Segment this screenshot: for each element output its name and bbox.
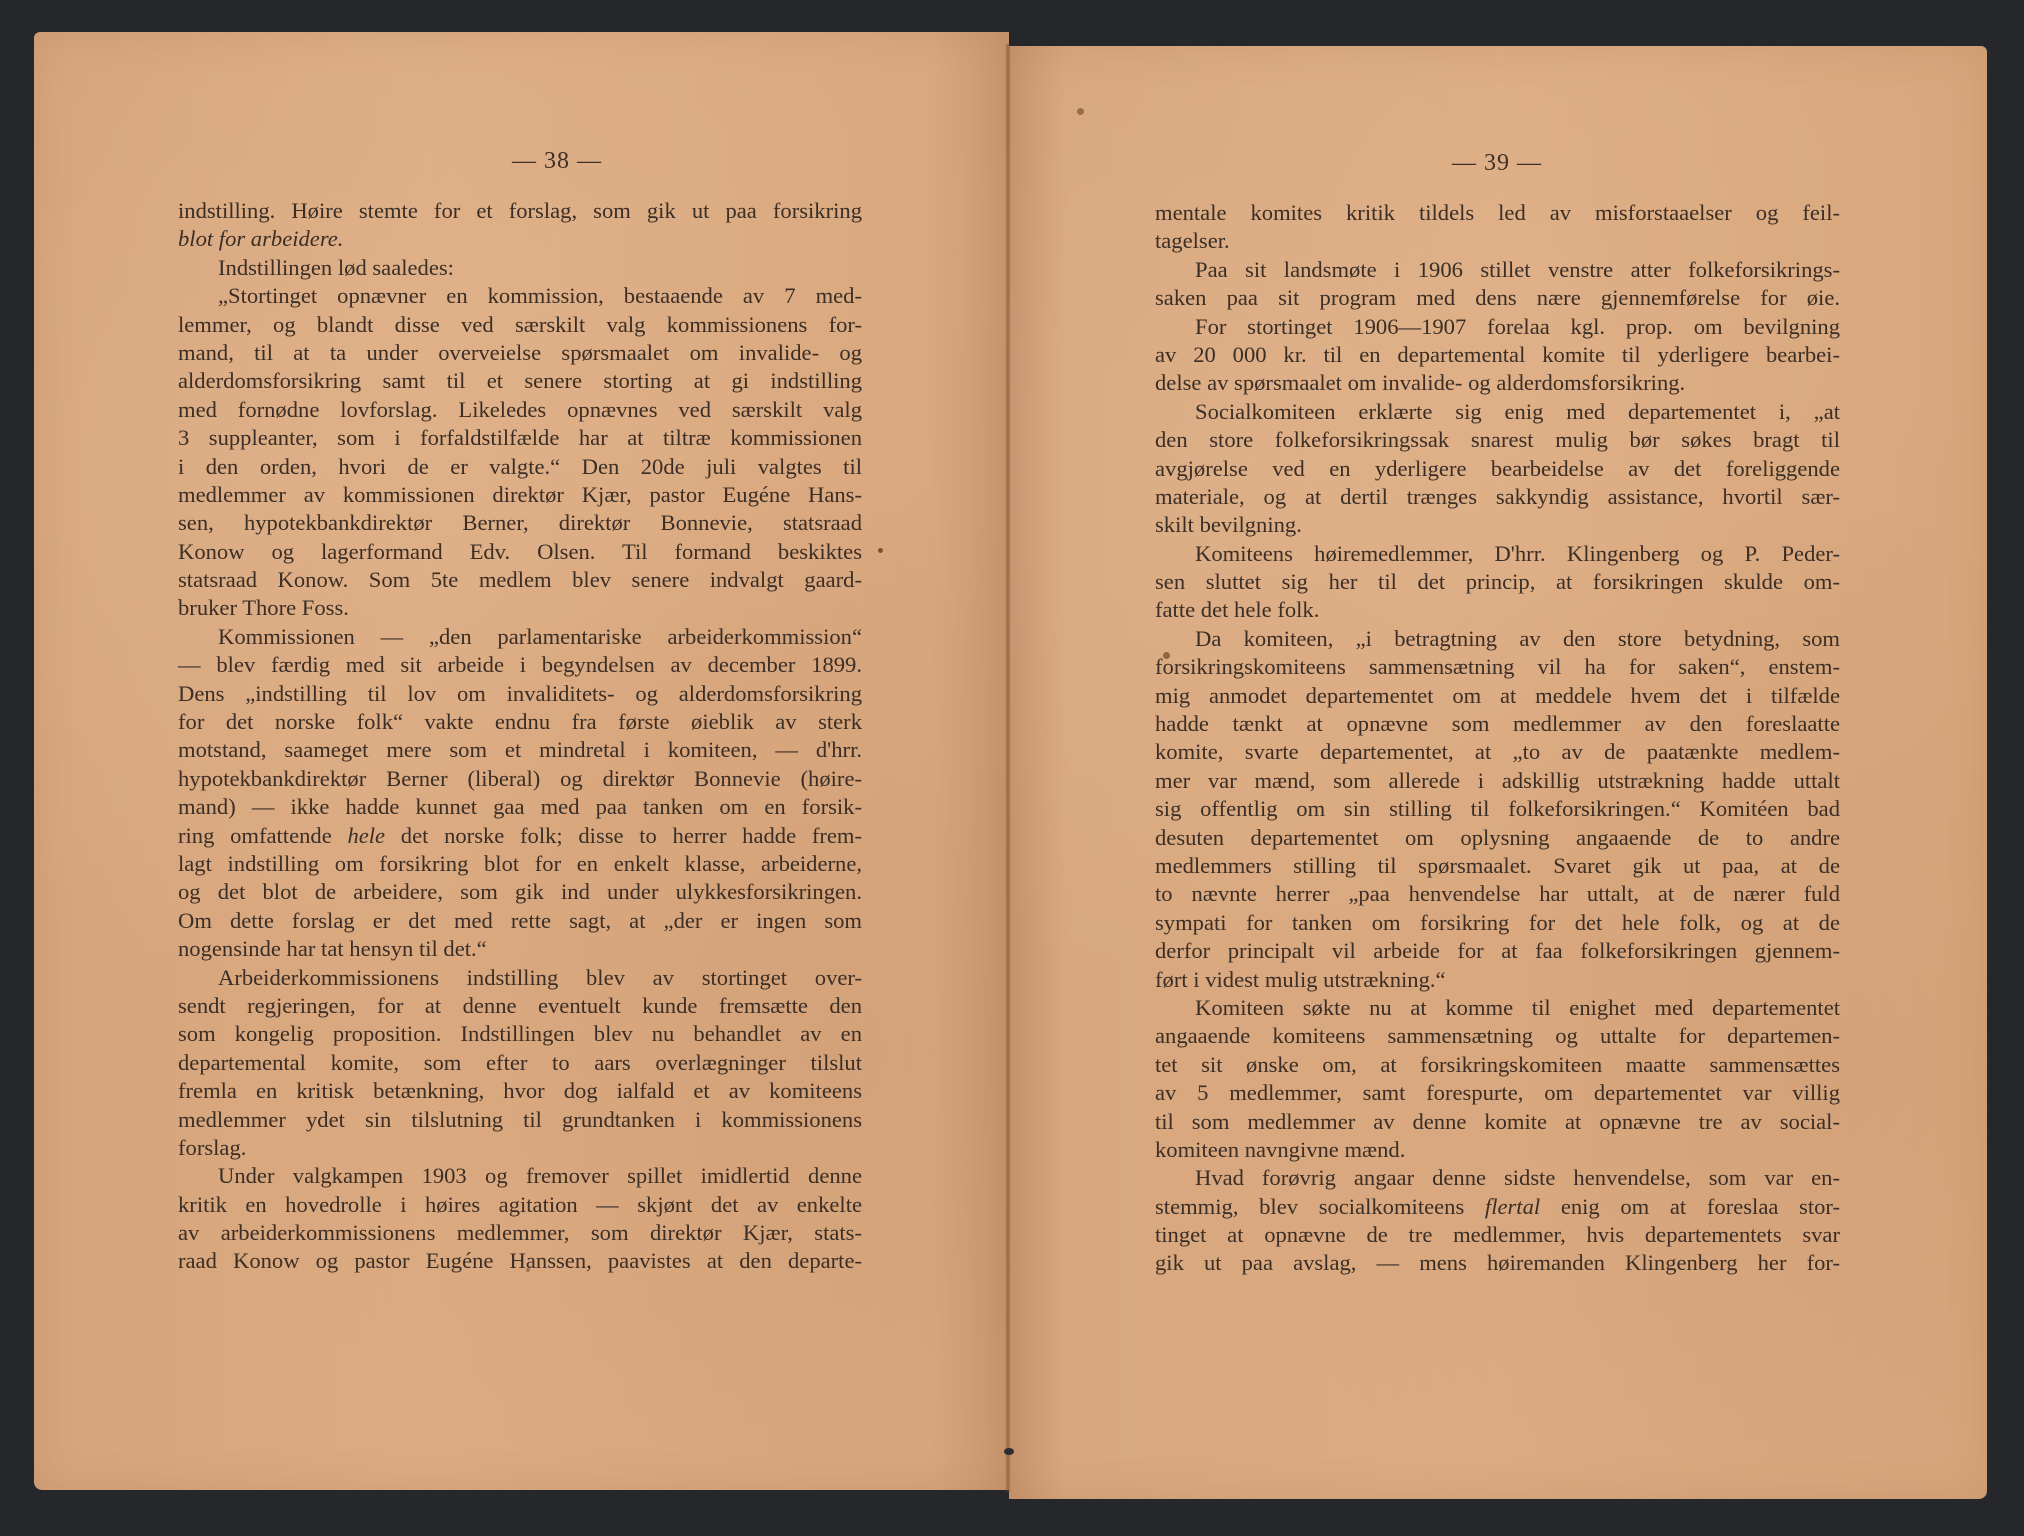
text-line: Indstillingen lød saaledes: bbox=[178, 254, 862, 282]
text-line: sig offentlig om sin stilling til folkef… bbox=[1155, 795, 1840, 823]
text-line: av arbeiderkommissionens medlemmer, som … bbox=[178, 1219, 862, 1247]
text-line: komite, svarte departementet, at „to av … bbox=[1155, 738, 1840, 766]
text-line: nogensinde har tat hensyn til det.“ bbox=[178, 935, 862, 963]
text-line: departemental komite, som efter to aars … bbox=[178, 1049, 862, 1077]
text-line: desuten departementet om oplysning angaa… bbox=[1155, 824, 1840, 852]
text-line: mer var mænd, som allerede i adskillig u… bbox=[1155, 767, 1840, 795]
text-line: kritik en hovedrolle i høires agitation … bbox=[178, 1191, 862, 1219]
text-line: ført i videst mulig utstrækning.“ bbox=[1155, 966, 1840, 994]
text-line: For stortinget 1906—1907 forelaa kgl. pr… bbox=[1155, 313, 1840, 341]
text-line: av 20 000 kr. til en departemental komit… bbox=[1155, 341, 1840, 369]
text-line: Under valgkampen 1903 og fremover spille… bbox=[178, 1162, 862, 1190]
text-line: to nævnte herrer „paa henvendelse har ut… bbox=[1155, 880, 1840, 908]
text-line: statsraad Konow. Som 5te medlem blev sen… bbox=[178, 566, 862, 594]
text-line: forsikringskomiteens sammensætning vil h… bbox=[1155, 653, 1840, 681]
emphasized-word: hele bbox=[347, 823, 385, 848]
text-line: raad Konow og pastor Eugéne Hanssen, paa… bbox=[178, 1247, 862, 1275]
text-line: lemmer, og blandt disse ved særskilt val… bbox=[178, 311, 862, 339]
text-line: skilt bevilgning. bbox=[1155, 511, 1840, 539]
text-line: mand, til at ta under overveielse spørsm… bbox=[178, 339, 862, 367]
text-line: medlemmer av kommissionen direktør Kjær,… bbox=[178, 481, 862, 509]
text-line: fatte det hele folk. bbox=[1155, 596, 1840, 624]
text-line: Hvad forøvrig angaar denne sidste henven… bbox=[1155, 1164, 1840, 1192]
text-line: avgjørelse ved en yderligere bearbeidels… bbox=[1155, 455, 1840, 483]
text-line: Komiteens høiremedlemmer, D'hrr. Klingen… bbox=[1155, 540, 1840, 568]
text-line: mig anmodet departementet om at meddele … bbox=[1155, 682, 1840, 710]
text-line: stemmig, blev socialkomiteens flertal en… bbox=[1155, 1193, 1840, 1221]
text-line: tet sit ønske om, at forsikringskomiteen… bbox=[1155, 1051, 1840, 1079]
right-page-body: mentale komites kritik tildels led av mi… bbox=[1155, 199, 1840, 1278]
text-line: indstilling. Høire stemte for et forslag… bbox=[178, 197, 862, 225]
text-line: Paa sit landsmøte i 1906 stillet venstre… bbox=[1155, 256, 1840, 284]
text-line: alderdomsforsikring samt til et senere s… bbox=[178, 367, 862, 395]
text-line: 3 suppleanter, som i forfaldstilfælde ha… bbox=[178, 424, 862, 452]
text-line: av 5 medlemmer, samt forespurte, om depa… bbox=[1155, 1079, 1840, 1107]
text-line: angaaende komiteens sammensætning og utt… bbox=[1155, 1022, 1840, 1050]
text-line: sen sluttet sig her til det princip, at … bbox=[1155, 568, 1840, 596]
text-line: sendt regjeringen, for at denne eventuel… bbox=[178, 992, 862, 1020]
text-line: Om dette forslag er det med rette sagt, … bbox=[178, 907, 862, 935]
text-line: Komiteen søkte nu at komme til enighet m… bbox=[1155, 994, 1840, 1022]
text-line: Dens „indstilling til lov om invaliditet… bbox=[178, 680, 862, 708]
text-line: — blev færdig med sit arbeide i begyndel… bbox=[178, 651, 862, 679]
text-line: „Stortinget opnævner en kommission, best… bbox=[178, 282, 862, 310]
text-line: materiale, og at dertil trænges sakkyndi… bbox=[1155, 483, 1840, 511]
text-line: tinget at opnævne de tre medlemmer, hvis… bbox=[1155, 1221, 1840, 1249]
text-line: gik ut paa avslag, — mens høiremanden Kl… bbox=[1155, 1249, 1840, 1277]
text-line: lagt indstilling om forsikring blot for … bbox=[178, 850, 862, 878]
text-line: blot for arbeidere. bbox=[178, 225, 862, 253]
text-line: mand) — ikke hadde kunnet gaa med paa ta… bbox=[178, 793, 862, 821]
book-gutter bbox=[1005, 44, 1011, 1492]
text-line: Socialkomiteen erklærte sig enig med dep… bbox=[1155, 398, 1840, 426]
text-line: hypotekbankdirektør Berner (liberal) og … bbox=[178, 765, 862, 793]
emphasized-word: flertal bbox=[1485, 1194, 1540, 1219]
left-page-body: indstilling. Høire stemte for et forslag… bbox=[178, 197, 862, 1276]
text-line: hadde tænkt at opnævne som medlemmer av … bbox=[1155, 710, 1840, 738]
text-line: den store folkeforsikringssak snarest mu… bbox=[1155, 426, 1840, 454]
text-line: ring omfattende hele det norske folk; di… bbox=[178, 822, 862, 850]
paper-speck bbox=[1004, 1448, 1014, 1455]
text-line: Kommissionen — „den parlamentariske arbe… bbox=[178, 623, 862, 651]
text-line: derfor principalt vil arbeide for at faa… bbox=[1155, 937, 1840, 965]
text-line: Da komiteen, „i betragtning av den store… bbox=[1155, 625, 1840, 653]
text-line: tagelser. bbox=[1155, 227, 1840, 255]
page-number-left: — 38 — bbox=[512, 148, 602, 175]
text-line: Arbeiderkommissionens indstilling blev a… bbox=[178, 964, 862, 992]
text-line: i den orden, hvori de er valgte.“ Den 20… bbox=[178, 453, 862, 481]
text-line: delse av spørsmaalet om invalide- og ald… bbox=[1155, 369, 1840, 397]
text-line: med fornødne lovforslag. Likeledes opnæv… bbox=[178, 396, 862, 424]
text-line: og det blot de arbeidere, som gik ind un… bbox=[178, 878, 862, 906]
text-line: saken paa sit program med dens nære gjen… bbox=[1155, 284, 1840, 312]
text-line: for det norske folk“ vakte endnu fra før… bbox=[178, 708, 862, 736]
text-line: sympati for tanken om forsikring for det… bbox=[1155, 909, 1840, 937]
text-line: bruker Thore Foss. bbox=[178, 594, 862, 622]
page-number-right: — 39 — bbox=[1452, 150, 1542, 177]
text-line: motstand, saameget mere som et mindretal… bbox=[178, 736, 862, 764]
text-line: til som medlemmer av denne komite at opn… bbox=[1155, 1108, 1840, 1136]
text-line: fremla en kritisk betænkning, hvor dog i… bbox=[178, 1077, 862, 1105]
text-line: Konow og lagerformand Edv. Olsen. Til fo… bbox=[178, 538, 862, 566]
text-line: sen, hypotekbankdirektør Berner, direktø… bbox=[178, 509, 862, 537]
text-line: forslag. bbox=[178, 1134, 862, 1162]
text-line: mentale komites kritik tildels led av mi… bbox=[1155, 199, 1840, 227]
text-line: komiteen navngivne mænd. bbox=[1155, 1136, 1840, 1164]
paper-speck bbox=[878, 548, 883, 553]
text-line: medlemmers stilling til spørsmaalet. Sva… bbox=[1155, 852, 1840, 880]
text-line: som kongelig proposition. Indstillingen … bbox=[178, 1020, 862, 1048]
text-line: medlemmer ydet sin tilslutning til grund… bbox=[178, 1106, 862, 1134]
paper-speck bbox=[1077, 108, 1084, 115]
